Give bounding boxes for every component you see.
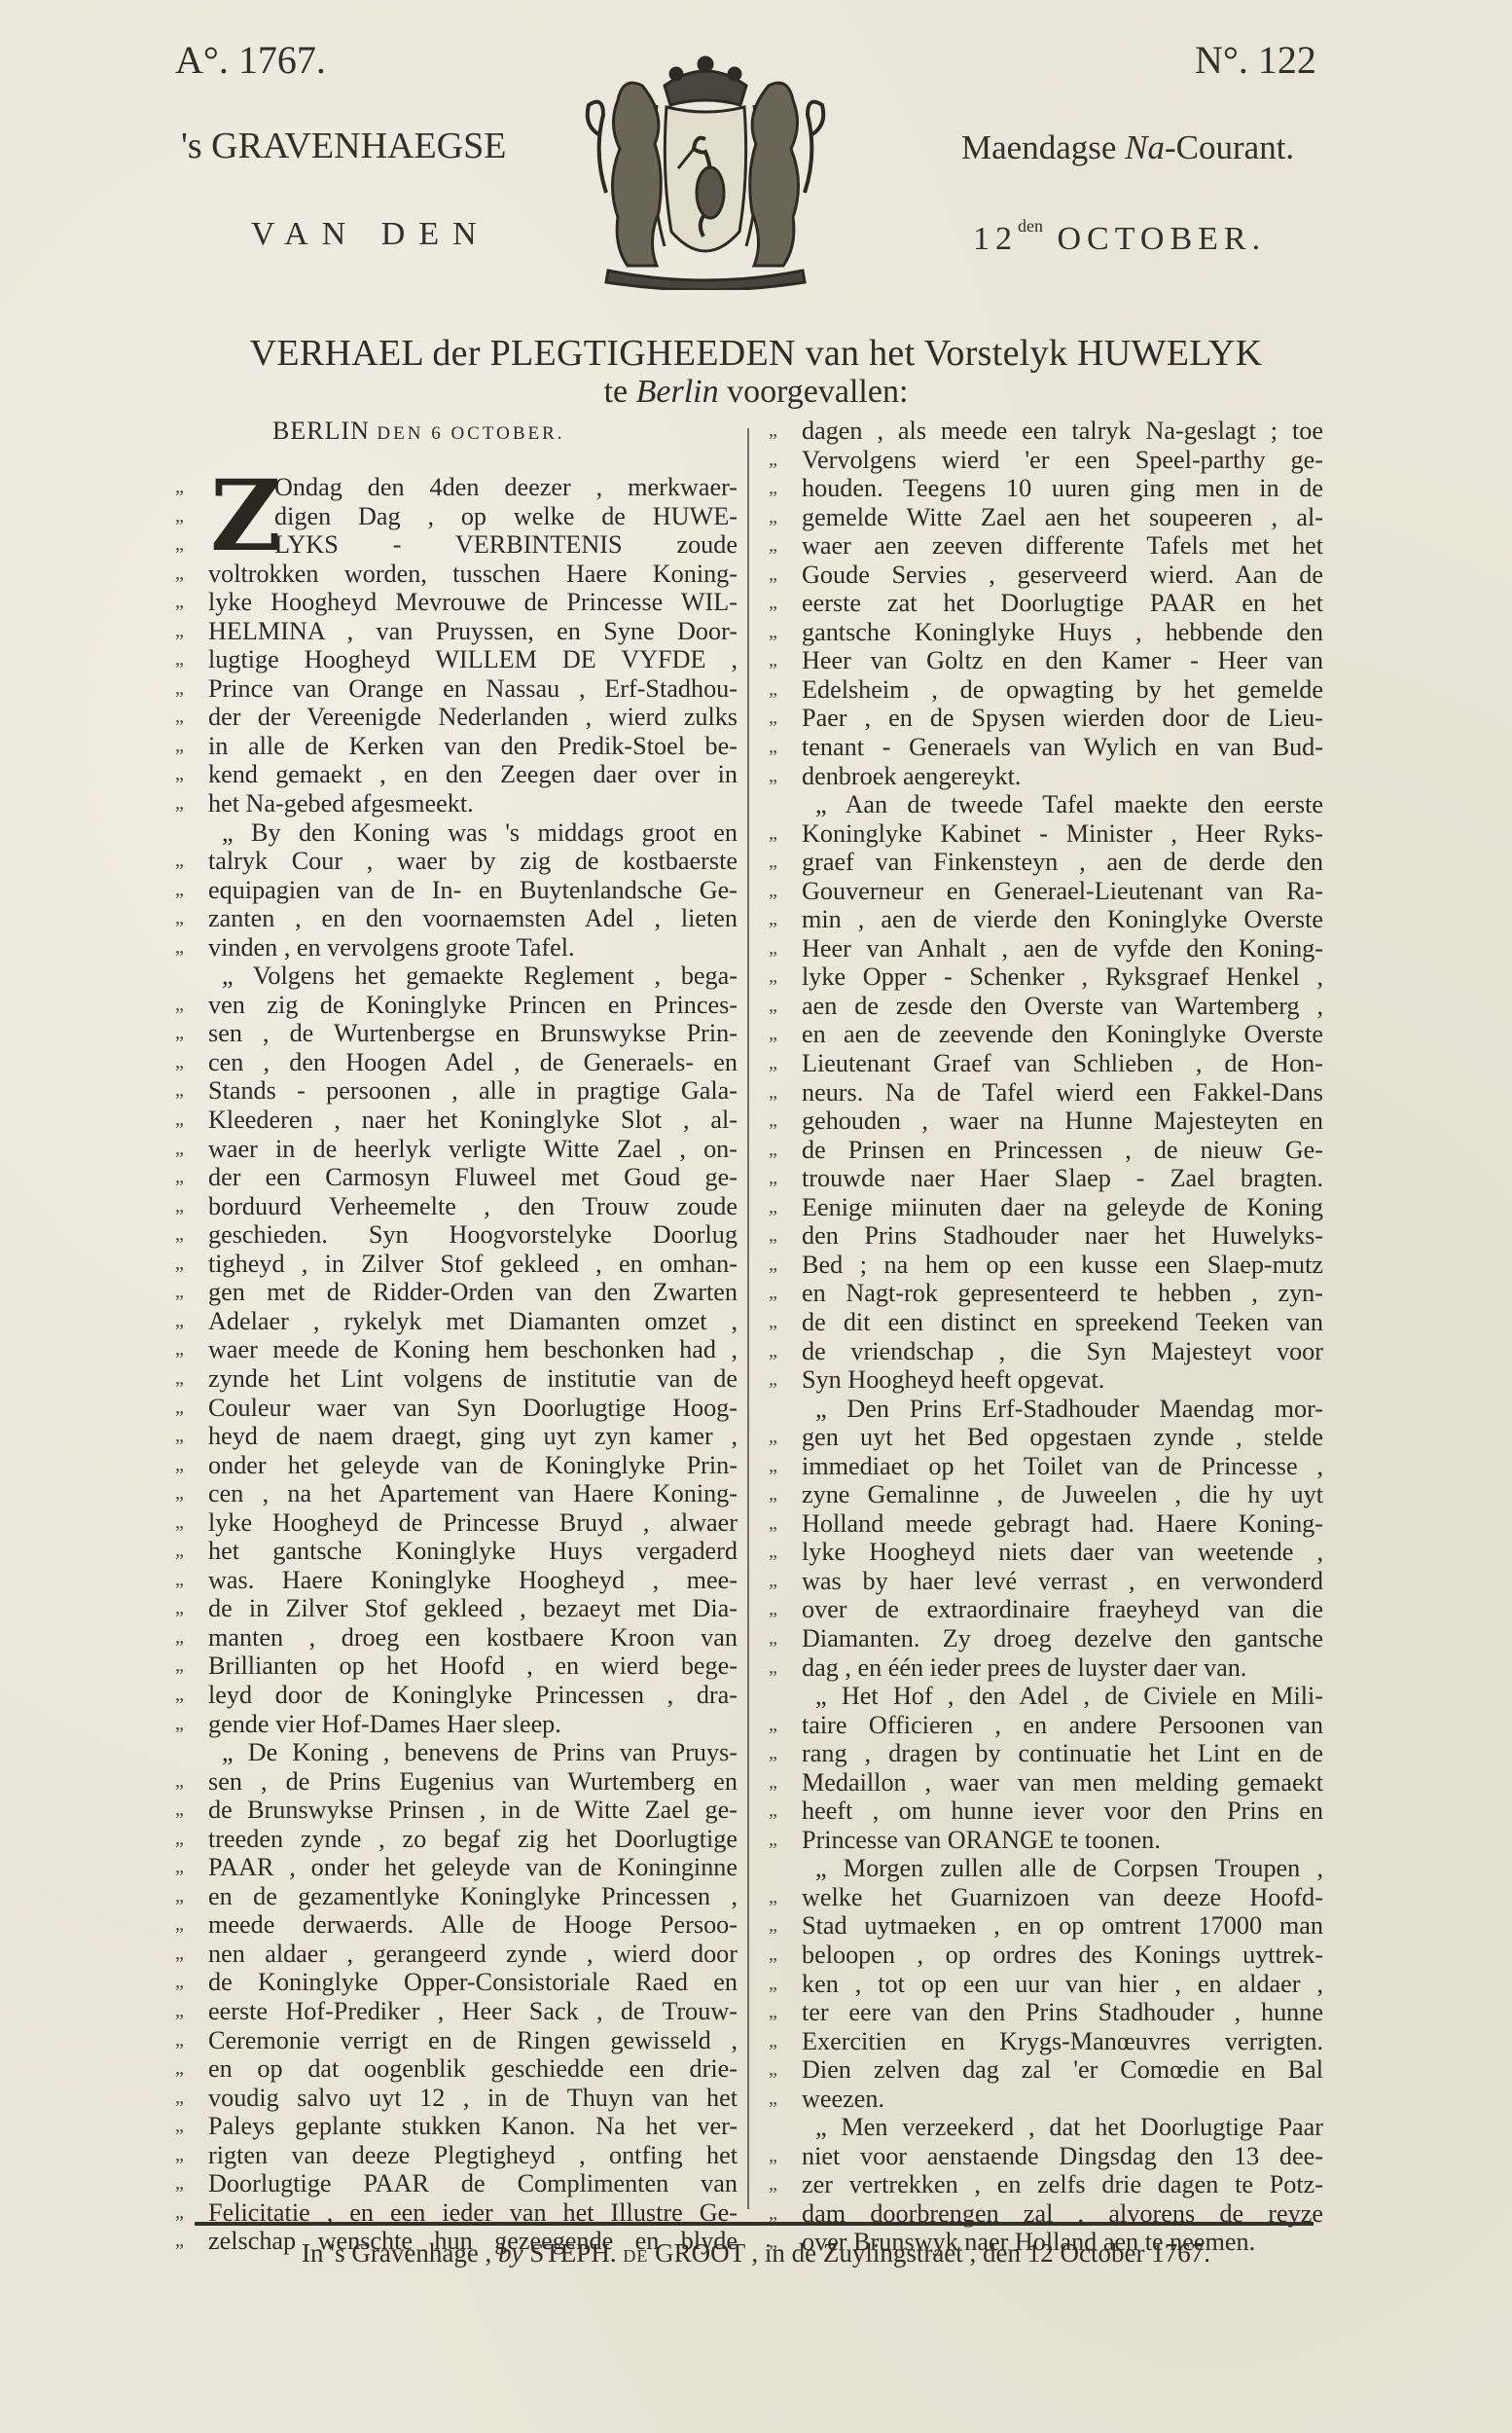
line-text: Koninglyke Kabinet - Minister , Heer Ryk…	[802, 819, 1323, 849]
text-line: „Brillianten op het Hoofd , en wierd beg…	[175, 1652, 738, 1681]
quote-mark: „	[175, 1623, 208, 1652]
quote-mark: „	[175, 1048, 208, 1077]
quote-mark: „	[175, 1710, 208, 1739]
text-line: „gen met de Ridder-Orden van den Zwarten	[175, 1278, 738, 1307]
quote-mark: „	[175, 1135, 208, 1164]
text-line: „equipagien van de In- en Buytenlandsche…	[175, 876, 738, 905]
text-line: „Heer van Anhalt , aen de vyfde den Koni…	[769, 934, 1323, 963]
line-text: Dien zelven dag zal 'er Comœdie en Bal	[802, 2055, 1323, 2085]
line-text: „ By den Koning was 's middags groot en	[208, 818, 738, 848]
text-line: „niet voor aenstaende Dingsdag den 13 de…	[769, 2142, 1323, 2171]
line-text: Holland meede gebragt had. Haere Koning-	[802, 1509, 1323, 1539]
right-column: „dagen , als meede een talryk Na-geslagt…	[769, 417, 1323, 2257]
line-text: gende vier Hof-Dames Haer sleep.	[208, 1710, 738, 1739]
quote-mark: „	[769, 417, 802, 446]
line-text: het gantsche Koninglyke Huys vergaderd	[208, 1537, 738, 1566]
text-line: „vinden , en vervolgens groote Tafel.	[175, 933, 738, 962]
text-line: „Princesse van ORANGE te toonen.	[769, 1826, 1323, 1855]
text-line: „Couleur waer van Syn Doorlugtige Hoog-	[175, 1394, 738, 1423]
quote-mark: „	[175, 674, 208, 704]
line-text: voudig salvo uyt 12 , in de Thuyn van he…	[208, 2084, 738, 2113]
text-line: „was by haer levé verrast , en verwonder…	[769, 1567, 1323, 1596]
text-line: „Stands - persoonen , alle in pragtige G…	[175, 1076, 738, 1106]
line-text: rigten van deeze Plegtigheyd , ontfing h…	[208, 2141, 738, 2170]
quote-mark: „	[175, 1566, 208, 1595]
line-text: Bed ; na hem op een kusse een Slaep-mutz	[802, 1251, 1323, 1280]
line-text: „ Men verzeekerd , dat het Doorlugtige P…	[802, 2113, 1323, 2142]
masthead-title-left: 's GRAVENHAEGSE	[181, 125, 506, 167]
quote-mark: „	[175, 1508, 208, 1538]
line-text: gemelde Witte Zael aen het soupeeren , a…	[802, 503, 1323, 532]
text-line: „der der Vereenigde Nederlanden , wierd …	[175, 703, 738, 732]
line-text: het Na-gebed afgesmeekt.	[208, 789, 738, 818]
text-line: „de Koninglyke Opper-Consistoriale Raed …	[175, 1968, 738, 1997]
text-line: „Medaillon , waer van men melding gemaek…	[769, 1768, 1323, 1798]
line-text: Diamanten. Zy droeg dezelve den gantsche	[802, 1624, 1323, 1653]
text-line: „heeft , om hunne iever voor den Prins e…	[769, 1797, 1323, 1826]
quote-mark: „	[175, 789, 208, 818]
text-line: „eerste Hof-Prediker , Heer Sack , de Tr…	[175, 1997, 738, 2026]
quote-mark: „	[769, 1998, 802, 2027]
text-line: „heyd de naem draegt, ging uyt zyn kamer…	[175, 1422, 738, 1451]
quote-mark: „	[175, 933, 208, 962]
text-line: „zer vertrekken , en zelfs drie dagen te…	[769, 2170, 1323, 2199]
text-line: „ By den Koning was 's middags groot en	[175, 818, 738, 848]
line-text: Lieutenant Graef van Schlieben , de Hon-	[802, 1049, 1323, 1078]
line-text: welke het Guarnizoen van deeze Hoofd-	[802, 1883, 1323, 1912]
line-text: Eenige miinuten daer na geleyde de Konin…	[802, 1193, 1323, 1222]
date-month: OCTOBER.	[1058, 221, 1267, 257]
text-line: „cen , na het Apartement van Haere Konin…	[175, 1479, 738, 1508]
text-line: „Gouverneur en Generael-Lieutenant van R…	[769, 877, 1323, 906]
line-text: Goude Servies , geserveerd wierd. Aan de	[802, 561, 1323, 590]
text-line: „Heer van Goltz en den Kamer - Heer van	[769, 646, 1323, 675]
quote-mark: „	[175, 2054, 208, 2084]
line-text: immediaet op het Toilet van de Princesse…	[802, 1452, 1323, 1481]
line-text: neurs. Na de Tafel wierd een Fakkel-Dans	[802, 1078, 1323, 1108]
quote-mark: „	[769, 1739, 802, 1768]
line-text: „ Den Prins Erf-Stadhouder Maendag mor-	[802, 1395, 1323, 1424]
text-line: „zynde het Lint volgens de institutie va…	[175, 1364, 738, 1394]
quote-mark: „	[769, 962, 802, 992]
text-line: „weezen.	[769, 2085, 1323, 2114]
quote-mark: „	[175, 530, 208, 560]
line-text: Gouverneur en Generael-Lieutenant van Ra…	[802, 877, 1323, 906]
quote-mark: „	[769, 1193, 802, 1222]
text-line: „de Prinsen en Princessen , de nieuw Ge-	[769, 1136, 1323, 1165]
line-text: heeft , om hunne iever voor den Prins en	[802, 1797, 1323, 1826]
text-line: „Adelaer , rykelyk met Diamanten omzet ,	[175, 1307, 738, 1336]
quote-mark	[769, 2113, 802, 2142]
quote-mark: „	[769, 1595, 802, 1624]
left-column: BERLIN DEN 6 OCTOBER. Z „Ondag den 4den …	[175, 417, 738, 2256]
newspaper-page: A°. 1767. N°. 122 's GRAVENHAEGSE Maenda…	[0, 0, 1512, 2433]
quote-mark: „	[769, 1279, 802, 1308]
quote-mark: „	[769, 1136, 802, 1165]
quote-mark: „	[175, 1767, 208, 1797]
quote-mark: „	[769, 1883, 802, 1912]
text-line: „en de gezamentlyke Koninglyke Princesse…	[175, 1882, 738, 1911]
quote-mark: „	[175, 1537, 208, 1566]
headline-line-1: VERHAEL der PLEGTIGHEEDEN van het Vorste…	[0, 333, 1512, 374]
text-line: „ Het Hof , den Adel , de Civiele en Mil…	[769, 1682, 1323, 1711]
text-line: „dag , en één ieder prees de luyster dae…	[769, 1653, 1323, 1683]
text-line: „ De Koning , benevens de Prins van Pruy…	[175, 1738, 738, 1767]
quote-mark: „	[175, 1940, 208, 1969]
quote-mark: „	[769, 446, 802, 475]
quote-mark: „	[769, 618, 802, 647]
bottom-rule	[195, 2222, 1314, 2226]
quote-mark: „	[769, 1164, 802, 1193]
text-line: „gende vier Hof-Dames Haer sleep.	[175, 1710, 738, 1739]
text-line: „Holland meede gebragt had. Haere Koning…	[769, 1509, 1323, 1539]
line-text: eerste zat het Doorlugtige PAAR en het	[802, 589, 1323, 618]
line-text: de in Zilver Stof gekleed , bezaeyt met …	[208, 1594, 738, 1623]
line-text: PAAR , onder het geleyde van de Koningin…	[208, 1853, 738, 1882]
line-text: „ Morgen zullen alle de Corpsen Troupen …	[802, 1854, 1323, 1883]
text-line: „Prince van Orange en Nassau , Erf-Stadh…	[175, 674, 738, 704]
quote-mark: „	[769, 733, 802, 762]
quote-mark: „	[175, 1192, 208, 1221]
line-text: sen , de Wurtenbergse en Brunswykse Prin…	[208, 1019, 738, 1048]
text-line: „taire Officieren , en andere Persoonen …	[769, 1711, 1323, 1740]
quote-mark: „	[769, 646, 802, 675]
text-line: „lyke Hoogheyd niets daer van weetende ,	[769, 1538, 1323, 1567]
quote-mark: „	[175, 1220, 208, 1250]
text-line: „ter eere van den Prins Stadhouder , hun…	[769, 1998, 1323, 2027]
text-line: „voudig salvo uyt 12 , in de Thuyn van h…	[175, 2084, 738, 2113]
quote-mark: „	[769, 1107, 802, 1136]
line-text: ter eere van den Prins Stadhouder , hunn…	[802, 1998, 1323, 2027]
quote-mark: „	[769, 675, 802, 705]
line-text: zer vertrekken , en zelfs drie dagen te …	[802, 2170, 1323, 2199]
line-text: nen aldaer , gerangeerd zynde , wierd do…	[208, 1940, 738, 1969]
line-text: en op dat oogenblik geschiedde een drie-	[208, 2054, 738, 2084]
quote-mark: „	[769, 1941, 802, 1970]
article-headline: VERHAEL der PLEGTIGHEEDEN van het Vorste…	[0, 333, 1512, 411]
quote-mark: „	[175, 617, 208, 646]
line-text: lyke Hoogheyd niets daer van weetende ,	[802, 1538, 1323, 1567]
quote-mark: „	[769, 819, 802, 849]
line-text: en de gezamentlyke Koninglyke Princessen…	[208, 1882, 738, 1911]
quote-mark: „	[175, 1825, 208, 1854]
line-text: Stands - persoonen , alle in pragtige Ga…	[208, 1076, 738, 1106]
quote-mark: „	[769, 474, 802, 503]
dateline-date: DEN 6 OCTOBER.	[377, 423, 564, 444]
quote-mark: „	[769, 762, 802, 791]
line-text: kend gemaekt , en den Zeegen daer over i…	[208, 760, 738, 789]
line-text: cen , den Hoogen Adel , de Generaels- en	[208, 1048, 738, 1077]
quote-mark: „	[769, 905, 802, 934]
quote-mark: „	[175, 1910, 208, 1940]
text-line: „nen aldaer , gerangeerd zynde , wierd d…	[175, 1940, 738, 1969]
headline-line-2: te Berlin voorgevallen:	[0, 374, 1512, 411]
line-text: meede derwaerds. Alle de Hooge Persoo-	[208, 1910, 738, 1940]
text-line: „PAAR , onder het geleyde van de Koningi…	[175, 1853, 738, 1882]
text-line: „welke het Guarnizoen van deeze Hoofd-	[769, 1883, 1323, 1912]
issue-year: A°. 1767.	[175, 37, 326, 83]
line-text: lugtige Hoogheyd WILLEM DE VYFDE ,	[208, 645, 738, 674]
quote-mark: „	[175, 1076, 208, 1106]
text-line: „eerste zat het Doorlugtige PAAR en het	[769, 589, 1323, 618]
text-line: „aen de zesde den Overste van Wartemberg…	[769, 992, 1323, 1021]
masthead-van-den: VAN DEN	[251, 216, 490, 253]
line-text: waer aen zeeven differente Tafels met he…	[802, 531, 1323, 561]
text-line: „en Nagt-rok gepresenteerd te hebben , z…	[769, 1279, 1323, 1308]
text-line: „min , aen de vierde den Koninglyke Over…	[769, 905, 1323, 934]
text-line: „waer meede de Koning hem beschonken had…	[175, 1335, 738, 1364]
quote-mark: „	[769, 1337, 802, 1366]
line-text: waer meede de Koning hem beschonken had …	[208, 1335, 738, 1364]
line-text: dag , en één ieder prees de luyster daer…	[802, 1653, 1323, 1683]
text-line: „sen , de Prins Eugenius van Wurtemberg …	[175, 1767, 738, 1797]
quote-mark: „	[769, 1221, 802, 1251]
line-text: de Koninglyke Opper-Consistoriale Raed e…	[208, 1968, 738, 1997]
headline-part: te	[604, 374, 636, 410]
quote-mark: „	[175, 1106, 208, 1135]
quote-mark: „	[769, 1797, 802, 1826]
text-line: „HELMINA , van Pruyssen, en Syne Door-	[175, 617, 738, 646]
quote-mark: „	[175, 1853, 208, 1882]
quote-mark: „	[769, 1308, 802, 1337]
line-text: Princesse van ORANGE te toonen.	[802, 1826, 1323, 1855]
text-line: „de dit een distinct en spreekend Teeken…	[769, 1308, 1323, 1337]
line-text: waer in de heerlyk verligte Witte Zael ,…	[208, 1135, 738, 1164]
text-line: „en op dat oogenblik geschiedde een drie…	[175, 2054, 738, 2084]
quote-mark: „	[175, 1594, 208, 1623]
quote-mark: „	[769, 992, 802, 1021]
line-text: in alle de Kerken van den Predik-Stoel b…	[208, 732, 738, 761]
quote-mark: „	[175, 1681, 208, 1710]
issue-number: N°. 122	[1195, 37, 1316, 83]
text-line: „dagen , als meede een talryk Na-geslagt…	[769, 417, 1323, 446]
text-line: „cen , den Hoogen Adel , de Generaels- e…	[175, 1048, 738, 1077]
quote-mark: „	[175, 1364, 208, 1394]
quote-mark: „	[175, 502, 208, 531]
line-text: Medaillon , waer van men melding gemaekt	[802, 1768, 1323, 1798]
quote-mark: „	[769, 1480, 802, 1509]
text-line: „onder het geleyde van de Koninglyke Pri…	[175, 1451, 738, 1480]
quote-mark	[769, 790, 802, 819]
quote-mark: „	[769, 1509, 802, 1539]
text-line: „geschieden. Syn Hoogvorstelyke Doorlug	[175, 1220, 738, 1250]
quote-mark: „	[769, 589, 802, 618]
text-line: „trouwde naer Haer Slaep - Zael bragten.	[769, 1164, 1323, 1193]
imprint-smallcaps: DE	[623, 2246, 648, 2266]
quote-mark	[769, 1682, 802, 1711]
text-line: „lugtige Hoogheyd WILLEM DE VYFDE ,	[175, 645, 738, 674]
printer-imprint: In 's Gravenhage , by STEPH. DE GROOT , …	[0, 2238, 1512, 2269]
line-text: en Nagt-rok gepresenteerd te hebben , zy…	[802, 1279, 1323, 1308]
quote-mark: „	[769, 1251, 802, 1280]
quote-mark: „	[175, 1796, 208, 1825]
line-text: taire Officieren , en andere Persoonen v…	[802, 1711, 1323, 1740]
line-text: ken , tot op een uur van hier , en aldae…	[802, 1970, 1323, 1999]
quote-mark: „	[175, 1451, 208, 1480]
text-line: „Vervolgens wierd 'er een Speel-parthy g…	[769, 446, 1323, 475]
title-right-part: Maendagse	[961, 128, 1125, 166]
line-text: geschieden. Syn Hoogvorstelyke Doorlug	[208, 1220, 738, 1250]
line-text: ven zig de Koninglyke Princen en Princes…	[208, 991, 738, 1020]
line-text: trouwde naer Haer Slaep - Zael bragten.	[802, 1164, 1323, 1193]
line-text: en aen de zeevende den Koninglyke Overst…	[802, 1020, 1323, 1049]
quote-mark: „	[175, 1479, 208, 1508]
text-line: „Doorlugtige PAAR de Complimenten van	[175, 2169, 738, 2198]
line-text: dagen , als meede een talryk Na-geslagt …	[802, 417, 1323, 446]
line-text: Brillianten op het Hoofd , en wierd bege…	[208, 1652, 738, 1681]
text-line: „leyd door de Koninglyke Princessen , dr…	[175, 1681, 738, 1710]
text-line: „immediaet op het Toilet van de Princess…	[769, 1452, 1323, 1481]
text-line: „der een Carmosyn Fluweel met Goud ge-	[175, 1163, 738, 1192]
line-text: gen uyt het Bed opgestaen zynde , stelde	[802, 1423, 1323, 1452]
quote-mark: „	[769, 1970, 802, 1999]
text-line: „Paer , en de Spysen wierden door de Lie…	[769, 704, 1323, 733]
line-text: „ De Koning , benevens de Prins van Pruy…	[208, 1738, 738, 1767]
text-line: „ Aan de tweede Tafel maekte den eerste	[769, 790, 1323, 819]
quote-mark: „	[769, 503, 802, 532]
text-line: „waer aen zeeven differente Tafels met h…	[769, 531, 1323, 561]
line-text: manten , droeg een kostbaere Kroon van	[208, 1623, 738, 1652]
quote-mark: „	[175, 560, 208, 589]
text-line: „gantsche Koninglyke Huys , hebbende den	[769, 618, 1323, 647]
line-text: voltrokken worden, tusschen Haere Koning…	[208, 560, 738, 589]
text-line: „waer in de heerlyk verligte Witte Zael …	[175, 1135, 738, 1164]
quote-mark: „	[769, 1911, 802, 1941]
line-text: cen , na het Apartement van Haere Koning…	[208, 1479, 738, 1508]
quote-mark: „	[769, 1653, 802, 1683]
line-text: eerste Hof-Prediker , Heer Sack , de Tro…	[208, 1997, 738, 2026]
line-text: Exercitien en Krygs-Manœuvres verrigten.	[802, 2027, 1323, 2056]
quote-mark: „	[175, 991, 208, 1020]
line-text: over de extraordinaire fraeyheyd van die	[802, 1595, 1323, 1624]
line-text: was. Haere Koninglyke Hoogheyd , mee-	[208, 1566, 738, 1595]
line-text: Heer van Goltz en den Kamer - Heer van	[802, 646, 1323, 675]
line-text: tigheyd , in Zilver Stof gekleed , en om…	[208, 1250, 738, 1279]
line-text: sen , de Prins Eugenius van Wurtemberg e…	[208, 1767, 738, 1797]
quote-mark: „	[175, 1163, 208, 1192]
quote-mark: „	[769, 934, 802, 963]
line-text: Adelaer , rykelyk met Diamanten omzet ,	[208, 1307, 738, 1336]
masthead-title-right: Maendagse Na-Courant.	[961, 128, 1294, 167]
quote-mark: „	[769, 877, 802, 906]
quote-mark	[175, 962, 208, 991]
quote-mark: „	[769, 1768, 802, 1798]
quote-mark: „	[769, 1624, 802, 1653]
text-line: „Paleys geplante stukken Kanon. Na het v…	[175, 2112, 738, 2141]
line-text: zanten , en den voornaemsten Adel , liet…	[208, 904, 738, 933]
text-line: „Syn Hoogheyd heeft opgevat.	[769, 1365, 1323, 1395]
text-line: „Edelsheim , de opwagting by het gemelde	[769, 675, 1323, 705]
line-text: aen de zesde den Overste van Wartemberg …	[802, 992, 1323, 1021]
quote-mark: „	[175, 1307, 208, 1336]
quote-mark: „	[175, 1422, 208, 1451]
line-text: tenant - Generaels van Wylich en van Bud…	[802, 733, 1323, 762]
line-text: was by haer levé verrast , en verwonderd	[802, 1567, 1323, 1596]
text-line: „kend gemaekt , en den Zeegen daer over …	[175, 760, 738, 789]
line-text: Vervolgens wierd 'er een Speel-parthy ge…	[802, 446, 1323, 475]
text-line: „ven zig de Koninglyke Princen en Prince…	[175, 991, 738, 1020]
line-text: niet voor aenstaende Dingsdag den 13 dee…	[802, 2142, 1323, 2171]
line-text: gen met de Ridder-Orden van den Zwarten	[208, 1278, 738, 1307]
quote-mark: „	[175, 2141, 208, 2170]
text-line: „Dien zelven dag zal 'er Comœdie en Bal	[769, 2055, 1323, 2085]
line-text: Ceremonie verrigt en de Ringen gewisseld…	[208, 2026, 738, 2055]
line-text: onder het geleyde van de Koninglyke Prin…	[208, 1451, 738, 1480]
quote-mark: „	[175, 732, 208, 761]
text-line: „rang , dragen by continuatie het Lint e…	[769, 1739, 1323, 1768]
date-sup: den	[1018, 216, 1043, 236]
quote-mark	[175, 818, 208, 848]
line-text: Couleur waer van Syn Doorlugtige Hoog-	[208, 1394, 738, 1423]
line-text: „ Aan de tweede Tafel maekte den eerste	[802, 790, 1323, 819]
quote-mark: „	[769, 1049, 802, 1078]
text-line: „Kleederen , naer het Koninglyke Slot , …	[175, 1106, 738, 1135]
line-text: Doorlugtige PAAR de Complimenten van	[208, 2169, 738, 2198]
text-line: „Koninglyke Kabinet - Minister , Heer Ry…	[769, 819, 1323, 849]
text-line: „Stad uytmaeken , en op omtrent 17000 ma…	[769, 1911, 1323, 1941]
text-line: „ Men verzeekerd , dat het Doorlugtige P…	[769, 2113, 1323, 2142]
text-line: „Eenige miinuten daer na geleyde de Koni…	[769, 1193, 1323, 1222]
line-text: Paer , en de Spysen wierden door de Lieu…	[802, 704, 1323, 733]
quote-mark: „	[769, 1365, 802, 1395]
text-line: „over de extraordinaire fraeyheyd van di…	[769, 1595, 1323, 1624]
imprint-italic: by	[498, 2238, 522, 2268]
quote-mark: „	[769, 1711, 802, 1740]
quote-mark	[175, 1738, 208, 1767]
text-line: „ Morgen zullen alle de Corpsen Troupen …	[769, 1854, 1323, 1883]
line-text: beloopen , op ordres des Konings uyttrek…	[802, 1941, 1323, 1970]
text-line: „in alle de Kerken van den Predik-Stoel …	[175, 732, 738, 761]
text-line: „de vriendschap , die Syn Majesteyt voor	[769, 1337, 1323, 1366]
quote-mark: „	[175, 1882, 208, 1911]
column-divider	[747, 428, 749, 2209]
line-text: graef van Finkensteyn , aen de derde den	[802, 848, 1323, 877]
line-text: HELMINA , van Pruyssen, en Syne Door-	[208, 617, 738, 646]
line-text: equipagien van de In- en Buytenlandsche …	[208, 876, 738, 905]
line-text: rang , dragen by continuatie het Lint en…	[802, 1739, 1323, 1768]
quote-mark: „	[175, 588, 208, 617]
quote-mark: „	[769, 2085, 802, 2114]
quote-mark: „	[769, 1423, 802, 1452]
quote-mark	[769, 1854, 802, 1883]
line-text: Heer van Anhalt , aen de vyfde den Konin…	[802, 934, 1323, 963]
quote-mark: „	[175, 2026, 208, 2055]
text-line: „sen , de Wurtenbergse en Brunswykse Pri…	[175, 1019, 738, 1048]
text-line: „en aen de zeevende den Koninglyke Overs…	[769, 1020, 1323, 1049]
quote-mark: „	[769, 1020, 802, 1049]
text-line: „Lieutenant Graef van Schlieben , de Hon…	[769, 1049, 1323, 1078]
quote-mark: „	[175, 760, 208, 789]
text-line: „borduurd Verheemelte , den Trouw zoude	[175, 1192, 738, 1221]
text-line: „gemelde Witte Zael aen het soupeeren , …	[769, 503, 1323, 532]
line-text: Edelsheim , de opwagting by het gemelde	[802, 675, 1323, 705]
line-text: de vriendschap , die Syn Majesteyt voor	[802, 1337, 1323, 1366]
text-line: „houden. Teegens 10 uuren ging men in de	[769, 474, 1323, 503]
line-text: Syn Hoogheyd heeft opgevat.	[802, 1365, 1323, 1395]
quote-mark: „	[175, 1250, 208, 1279]
text-line: „treeden zynde , zo begaf zig het Doorlu…	[175, 1825, 738, 1854]
text-line: „meede derwaerds. Alle de Hooge Persoo-	[175, 1910, 738, 1940]
text-line: „Goude Servies , geserveerd wierd. Aan d…	[769, 561, 1323, 590]
line-text: houden. Teegens 10 uuren ging men in de	[802, 474, 1323, 503]
line-text: gantsche Koninglyke Huys , hebbende den	[802, 618, 1323, 647]
imprint-part: GROOT , in de Zuylingstraet , den 12 Oct…	[648, 2238, 1210, 2268]
line-text: lyke Hoogheyd Mevrouwe de Princesse WIL-	[208, 588, 738, 617]
imprint-part: STEPH.	[523, 2238, 624, 2268]
masthead: A°. 1767. N°. 122 's GRAVENHAEGSE Maenda…	[0, 0, 1512, 311]
quote-mark: „	[769, 2142, 802, 2171]
text-line: „rigten van deeze Plegtigheyd , ontfing …	[175, 2141, 738, 2170]
